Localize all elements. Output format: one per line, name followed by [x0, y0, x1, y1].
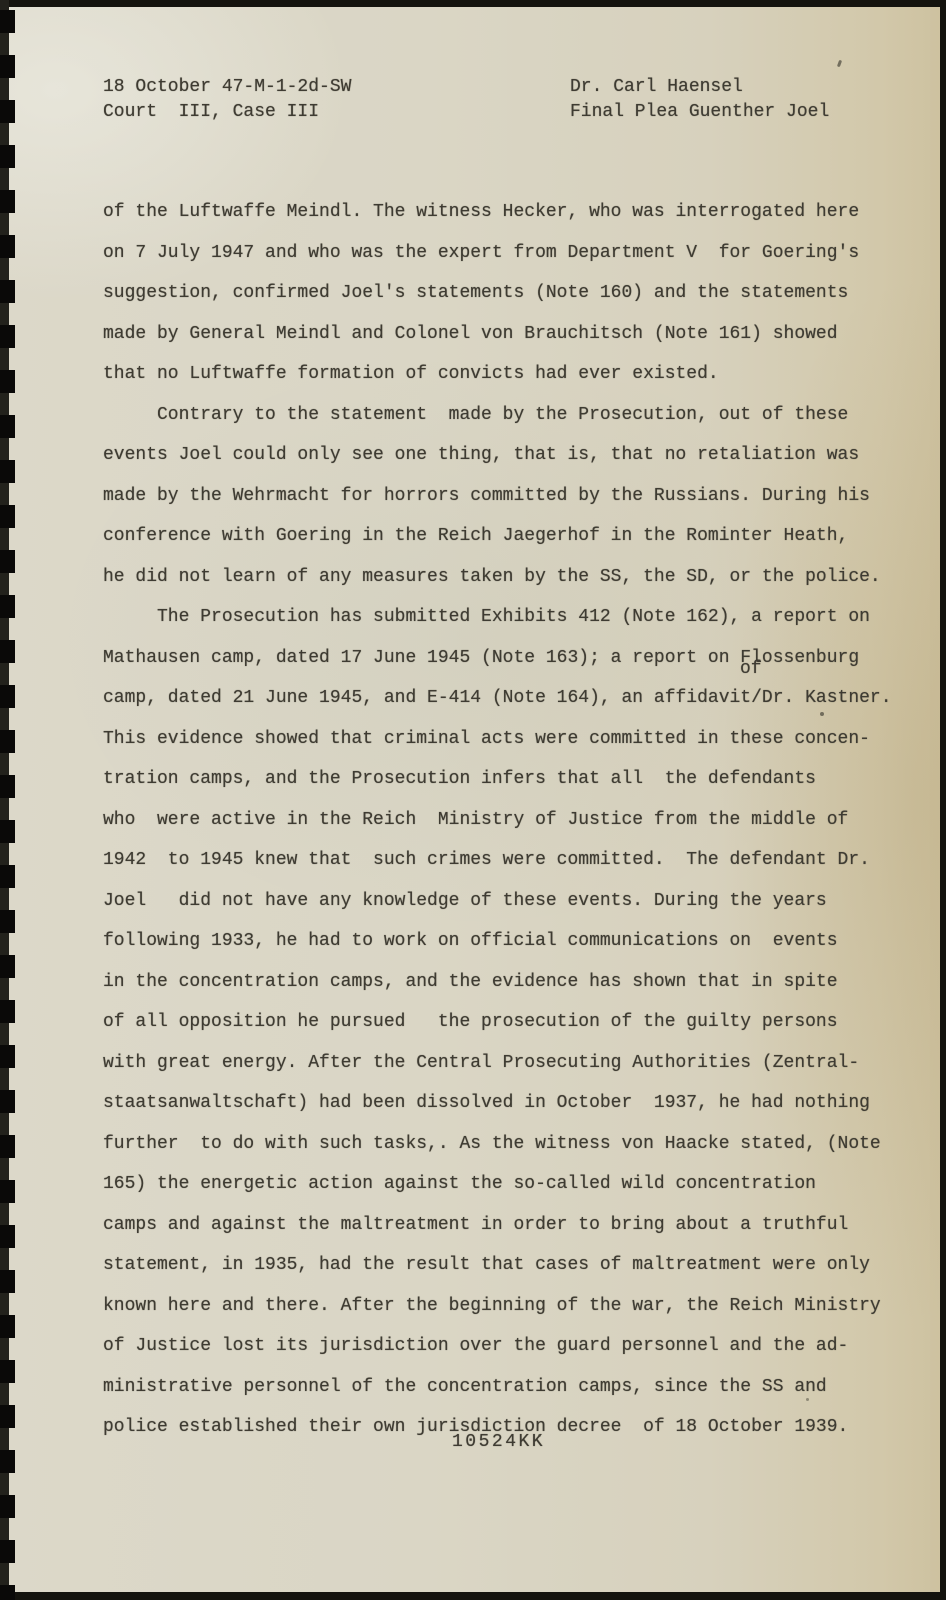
- document-line: staatsanwaltschaft) had been dissolved i…: [103, 1083, 923, 1124]
- document-line: on 7 July 1947 and who was the expert fr…: [103, 233, 923, 274]
- document-line: of the Luftwaffe Meindl. The witness Hec…: [103, 192, 923, 233]
- typed-insertion-of: of: [740, 660, 762, 678]
- document-line: known here and there. After the beginnin…: [103, 1286, 923, 1327]
- scan-edge-top: [0, 0, 946, 7]
- document-line: following 1933, he had to work on offici…: [103, 921, 923, 962]
- binding-edge-tabs: [0, 0, 15, 1600]
- document-body: of the Luftwaffe Meindl. The witness Hec…: [103, 192, 923, 1448]
- document-line: he did not learn of any measures taken b…: [103, 557, 923, 598]
- document-line: camp, dated 21 June 1945, and E-414 (Not…: [103, 678, 923, 719]
- ink-speck: [837, 60, 842, 68]
- document-line: made by General Meindl and Colonel von B…: [103, 314, 923, 355]
- document-line: suggestion, confirmed Joel's statements …: [103, 273, 923, 314]
- ink-speck: [820, 712, 824, 716]
- court-case-line: Court III, Case III: [103, 100, 351, 125]
- document-line: that no Luftwaffe formation of convicts …: [103, 354, 923, 395]
- document-line: tration camps, and the Prosecution infer…: [103, 759, 923, 800]
- document-line: further to do with such tasks,. As the w…: [103, 1124, 923, 1165]
- page-number: 10524KK: [452, 1432, 545, 1452]
- document-line: 165) the energetic action against the so…: [103, 1164, 923, 1205]
- document-line: who were active in the Reich Ministry of…: [103, 800, 923, 841]
- header-left-block: 18 October 47-M-1-2d-SW Court III, Case …: [103, 75, 351, 125]
- document-line: Contrary to the statement made by the Pr…: [103, 395, 923, 436]
- ink-speck: [538, 1434, 541, 1437]
- header-right-block: Dr. Carl Haensel Final Plea Guenther Joe…: [570, 75, 829, 125]
- document-line: in the concentration camps, and the evid…: [103, 962, 923, 1003]
- document-line: events Joel could only see one thing, th…: [103, 435, 923, 476]
- document-line: of Justice lost its jurisdiction over th…: [103, 1326, 923, 1367]
- document-line: Mathausen camp, dated 17 June 1945 (Note…: [103, 638, 923, 679]
- plea-title-line: Final Plea Guenther Joel: [570, 100, 829, 125]
- document-line: Joel did not have any knowledge of these…: [103, 881, 923, 922]
- document-line: statement, in 1935, had the result that …: [103, 1245, 923, 1286]
- document-line: The Prosecution has submitted Exhibits 4…: [103, 597, 923, 638]
- document-line: made by the Wehrmacht for horrors commit…: [103, 476, 923, 517]
- document-line: camps and against the maltreatment in or…: [103, 1205, 923, 1246]
- document-reference-line: 18 October 47-M-1-2d-SW: [103, 75, 351, 100]
- document-line: This evidence showed that criminal acts …: [103, 719, 923, 760]
- document-line: of all opposition he pursued the prosecu…: [103, 1002, 923, 1043]
- attorney-name-line: Dr. Carl Haensel: [570, 75, 829, 100]
- ink-speck: [806, 1398, 809, 1401]
- document-line: conference with Goering in the Reich Jae…: [103, 516, 923, 557]
- document-line: 1942 to 1945 knew that such crimes were …: [103, 840, 923, 881]
- scan-edge-right: [940, 0, 946, 1600]
- document-line: with great energy. After the Central Pro…: [103, 1043, 923, 1084]
- scanned-document-page: 18 October 47-M-1-2d-SW Court III, Case …: [0, 0, 946, 1600]
- scan-edge-bottom: [0, 1592, 946, 1600]
- document-line: ministrative personnel of the concentrat…: [103, 1367, 923, 1408]
